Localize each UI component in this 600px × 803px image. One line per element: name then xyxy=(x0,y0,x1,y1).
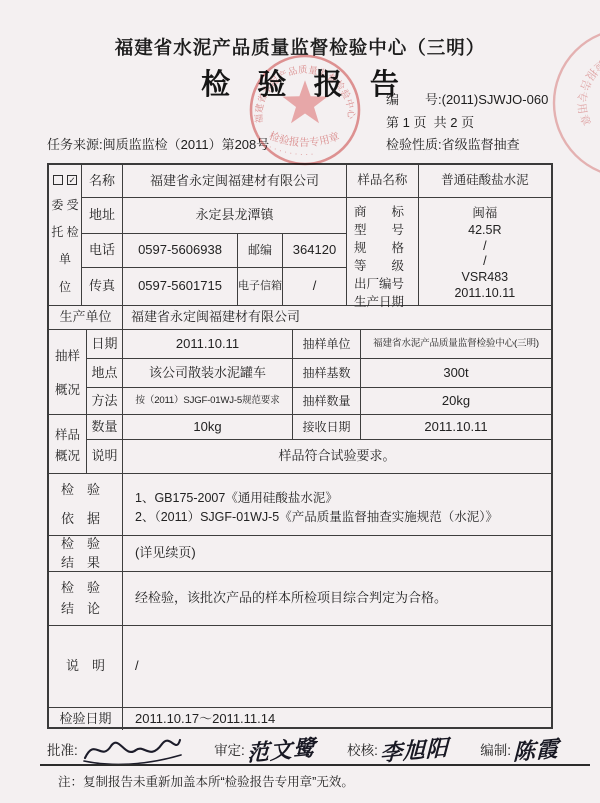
sample-qty-label: 数量 xyxy=(87,415,123,439)
spec-label: 规 格 xyxy=(354,238,418,256)
unit-email-label: 电子信箱 xyxy=(238,268,283,305)
sampling-vertical-label: 抽样 概况 xyxy=(49,330,87,414)
inspection-seal: 福建省水泥产品质量监督检验中心 检验报告专用章 · · · · · · · · … xyxy=(225,28,385,193)
unit-vertical-label: ✓ 委 受 托 检 单 位 xyxy=(49,165,82,305)
unit-email-value: / xyxy=(283,268,346,305)
footer-divider xyxy=(40,764,590,766)
sample-note-value: 样品符合试验要求。 xyxy=(123,440,551,473)
model-value: 42.5R xyxy=(419,223,551,237)
basis-label-line: 检 验 xyxy=(61,482,100,498)
model-label: 型 号 xyxy=(354,220,418,238)
conclusion-label: 检 验 结 论 xyxy=(49,572,123,625)
result-value: (详见续页) xyxy=(123,536,551,571)
review-group: 审定: 范文鹭 xyxy=(214,734,316,765)
unit-addr-label: 地址 xyxy=(82,198,123,233)
unit-fax-label: 传真 xyxy=(82,268,123,305)
check-group: 校核: 李旭阳 xyxy=(347,734,449,765)
prepare-group: 编制: 陈霞 xyxy=(480,734,559,765)
prepare-label: 编制: xyxy=(480,739,511,759)
sampling-org-label: 抽样单位 xyxy=(293,330,361,358)
receive-date-value: 2011.10.11 xyxy=(361,415,551,439)
basis-label-line: 依 据 xyxy=(61,511,100,527)
sampling-qty-value: 20kg xyxy=(361,388,551,414)
unit-post-value: 364120 xyxy=(283,234,346,267)
sampling-vlabel-line: 抽样 xyxy=(55,346,80,364)
report-meta: 编 号:(2011)SJWJO-060 第 1 页 共 2 页 检验性质:省级监… xyxy=(386,89,548,157)
sample-overview-vlabel-line: 概况 xyxy=(55,446,80,464)
unit-addr-value: 永定县龙潭镇 xyxy=(123,198,346,233)
entrust-checkbox xyxy=(53,175,63,185)
check-signature: 李旭阳 xyxy=(380,730,449,767)
sampling-place-value: 该公司散装水泥罐车 xyxy=(123,359,293,387)
result-label-line: 结 果 xyxy=(61,555,100,571)
sampling-qty-label: 抽样数量 xyxy=(293,388,361,414)
review-signature: 范文鹭 xyxy=(247,730,316,767)
sample-note-label: 说明 xyxy=(87,440,123,473)
unit-checkboxes: ✓ xyxy=(53,175,77,185)
inspected-checkbox: ✓ xyxy=(67,175,77,185)
unit-vlabel-line: 位 xyxy=(59,278,71,295)
unit-fax-value: 0597-5601715 xyxy=(123,268,238,305)
unit-vlabel-line: 单 xyxy=(59,250,71,267)
sample-overview-vertical-label: 样品 概况 xyxy=(49,415,87,473)
conclusion-value: 经检验，该批次产品的样本所检项目综合判定为合格。 xyxy=(123,572,551,625)
grade-label: 等 级 xyxy=(354,256,418,274)
result-label: 检 验 结 果 xyxy=(49,536,123,571)
review-label: 审定: xyxy=(214,739,245,759)
unit-tel-label: 电话 xyxy=(82,234,123,267)
report-no: 编 号:(2011)SJWJO-060 xyxy=(386,92,548,107)
sampling-method-value: 按（2011）SJGF-01WJ-5规范要求 xyxy=(123,388,293,414)
approve-label: 批准: xyxy=(47,739,78,759)
remark-value: / xyxy=(123,626,551,707)
sampling-org-value: 福建省水泥产品质量监督检验中心(三明) xyxy=(361,330,551,358)
test-date-label: 检验日期 xyxy=(49,708,123,730)
sample-detail-pairs: 商 标 型 号 规 格 等 级 出厂编号 生产日期 闽福 42.5R / / V… xyxy=(347,198,551,305)
approve-group: 批准: xyxy=(47,733,183,765)
producer-value: 福建省永定闽福建材有限公司 xyxy=(123,306,551,329)
sample-pair-values: 闽福 42.5R / / VSR483 2011.10.11 xyxy=(419,198,551,305)
footnote: 注：复制报告未重新加盖本所“检验报告专用章”无效。 xyxy=(58,772,354,790)
unit-tel-value: 0597-5606938 xyxy=(123,234,238,267)
grade-value: / xyxy=(419,254,551,268)
unit-post-label: 邮编 xyxy=(238,234,283,267)
edge-seal: 检验报告专用章 xyxy=(540,25,600,185)
sampling-method-label: 方法 xyxy=(87,388,123,414)
test-date-value: 2011.10.17～2011.11.14 xyxy=(123,708,551,730)
receive-date-label: 接收日期 xyxy=(293,415,361,439)
producer-label: 生产单位 xyxy=(49,306,123,329)
inspection-nature: 检验性质:省级监督抽查 xyxy=(386,137,520,152)
sampling-vlabel-line: 概况 xyxy=(55,380,80,398)
signature-row: 批准: 审定: 范文鹭 校核: 李旭阳 编制: 陈霞 xyxy=(47,733,559,765)
sampling-base-label: 抽样基数 xyxy=(293,359,361,387)
prepare-signature: 陈霞 xyxy=(513,731,559,766)
unit-name-label: 名称 xyxy=(82,165,123,197)
report-table: ✓ 委 受 托 检 单 位 名称 福建省永定闽福建材有限公司 地址 永定县龙潭镇… xyxy=(47,163,553,729)
section-sampling: 抽样 概况 日期 2011.10.11 抽样单位 福建省水泥产品质量监督检验中心… xyxy=(49,330,551,415)
spec-value: / xyxy=(419,239,551,253)
basis-line-2: 2、（2011）SJGF-01WJ-5《产品质量监督抽查实施规范（水泥）》 xyxy=(135,510,498,526)
edge-seal-text: 检验报告专用章 xyxy=(575,52,600,130)
result-label-line: 检 验 xyxy=(61,536,100,552)
remark-label: 说 明 xyxy=(49,626,123,707)
basis-line-1: 1、GB175-2007《通用硅酸盐水泥》 xyxy=(135,491,338,507)
sampling-place-label: 地点 xyxy=(87,359,123,387)
production-date-value: 2011.10.11 xyxy=(419,286,551,300)
sampling-grid: 日期 2011.10.11 抽样单位 福建省水泥产品质量监督检验中心(三明) 地… xyxy=(87,330,551,414)
batch-no-value: VSR483 xyxy=(419,270,551,284)
sample-pair-labels: 商 标 型 号 规 格 等 级 出厂编号 生产日期 xyxy=(347,198,419,305)
sample-name-value: 普通硅酸盐水泥 xyxy=(419,165,551,197)
sampling-base-value: 300t xyxy=(361,359,551,387)
basis-value: 1、GB175-2007《通用硅酸盐水泥》 2、（2011）SJGF-01WJ-… xyxy=(123,474,551,535)
sampling-date-label: 日期 xyxy=(87,330,123,358)
sample-overview-vlabel-line: 样品 xyxy=(55,425,80,443)
seal-star-icon xyxy=(282,80,327,123)
check-label: 校核: xyxy=(347,739,378,759)
batch-no-label: 出厂编号 xyxy=(354,274,418,292)
trademark-label: 商 标 xyxy=(354,202,418,220)
conclusion-label-line: 检 验 xyxy=(61,580,100,596)
page-info: 第 1 页 共 2 页 xyxy=(386,115,474,130)
trademark-value: 闽福 xyxy=(419,203,551,221)
conclusion-label-line: 结 论 xyxy=(61,601,100,617)
sample-qty-value: 10kg xyxy=(123,415,293,439)
section-sample-overview: 样品 概况 数量 10kg 接收日期 2011.10.11 说明 样品符合试验要… xyxy=(49,415,551,474)
sampling-date-value: 2011.10.11 xyxy=(123,330,293,358)
basis-label: 检 验 依 据 xyxy=(49,474,123,535)
approve-signature xyxy=(81,733,183,765)
unit-vlabel-line: 托 检 xyxy=(51,223,78,240)
unit-vlabel-line: 委 受 xyxy=(51,196,78,213)
inspection-report-page: 福建省水泥产品质量监督检验中心（三明） 检 验 报 告 编 号:(2011)SJ… xyxy=(0,0,600,803)
sample-overview-grid: 数量 10kg 接收日期 2011.10.11 说明 样品符合试验要求。 xyxy=(87,415,551,473)
